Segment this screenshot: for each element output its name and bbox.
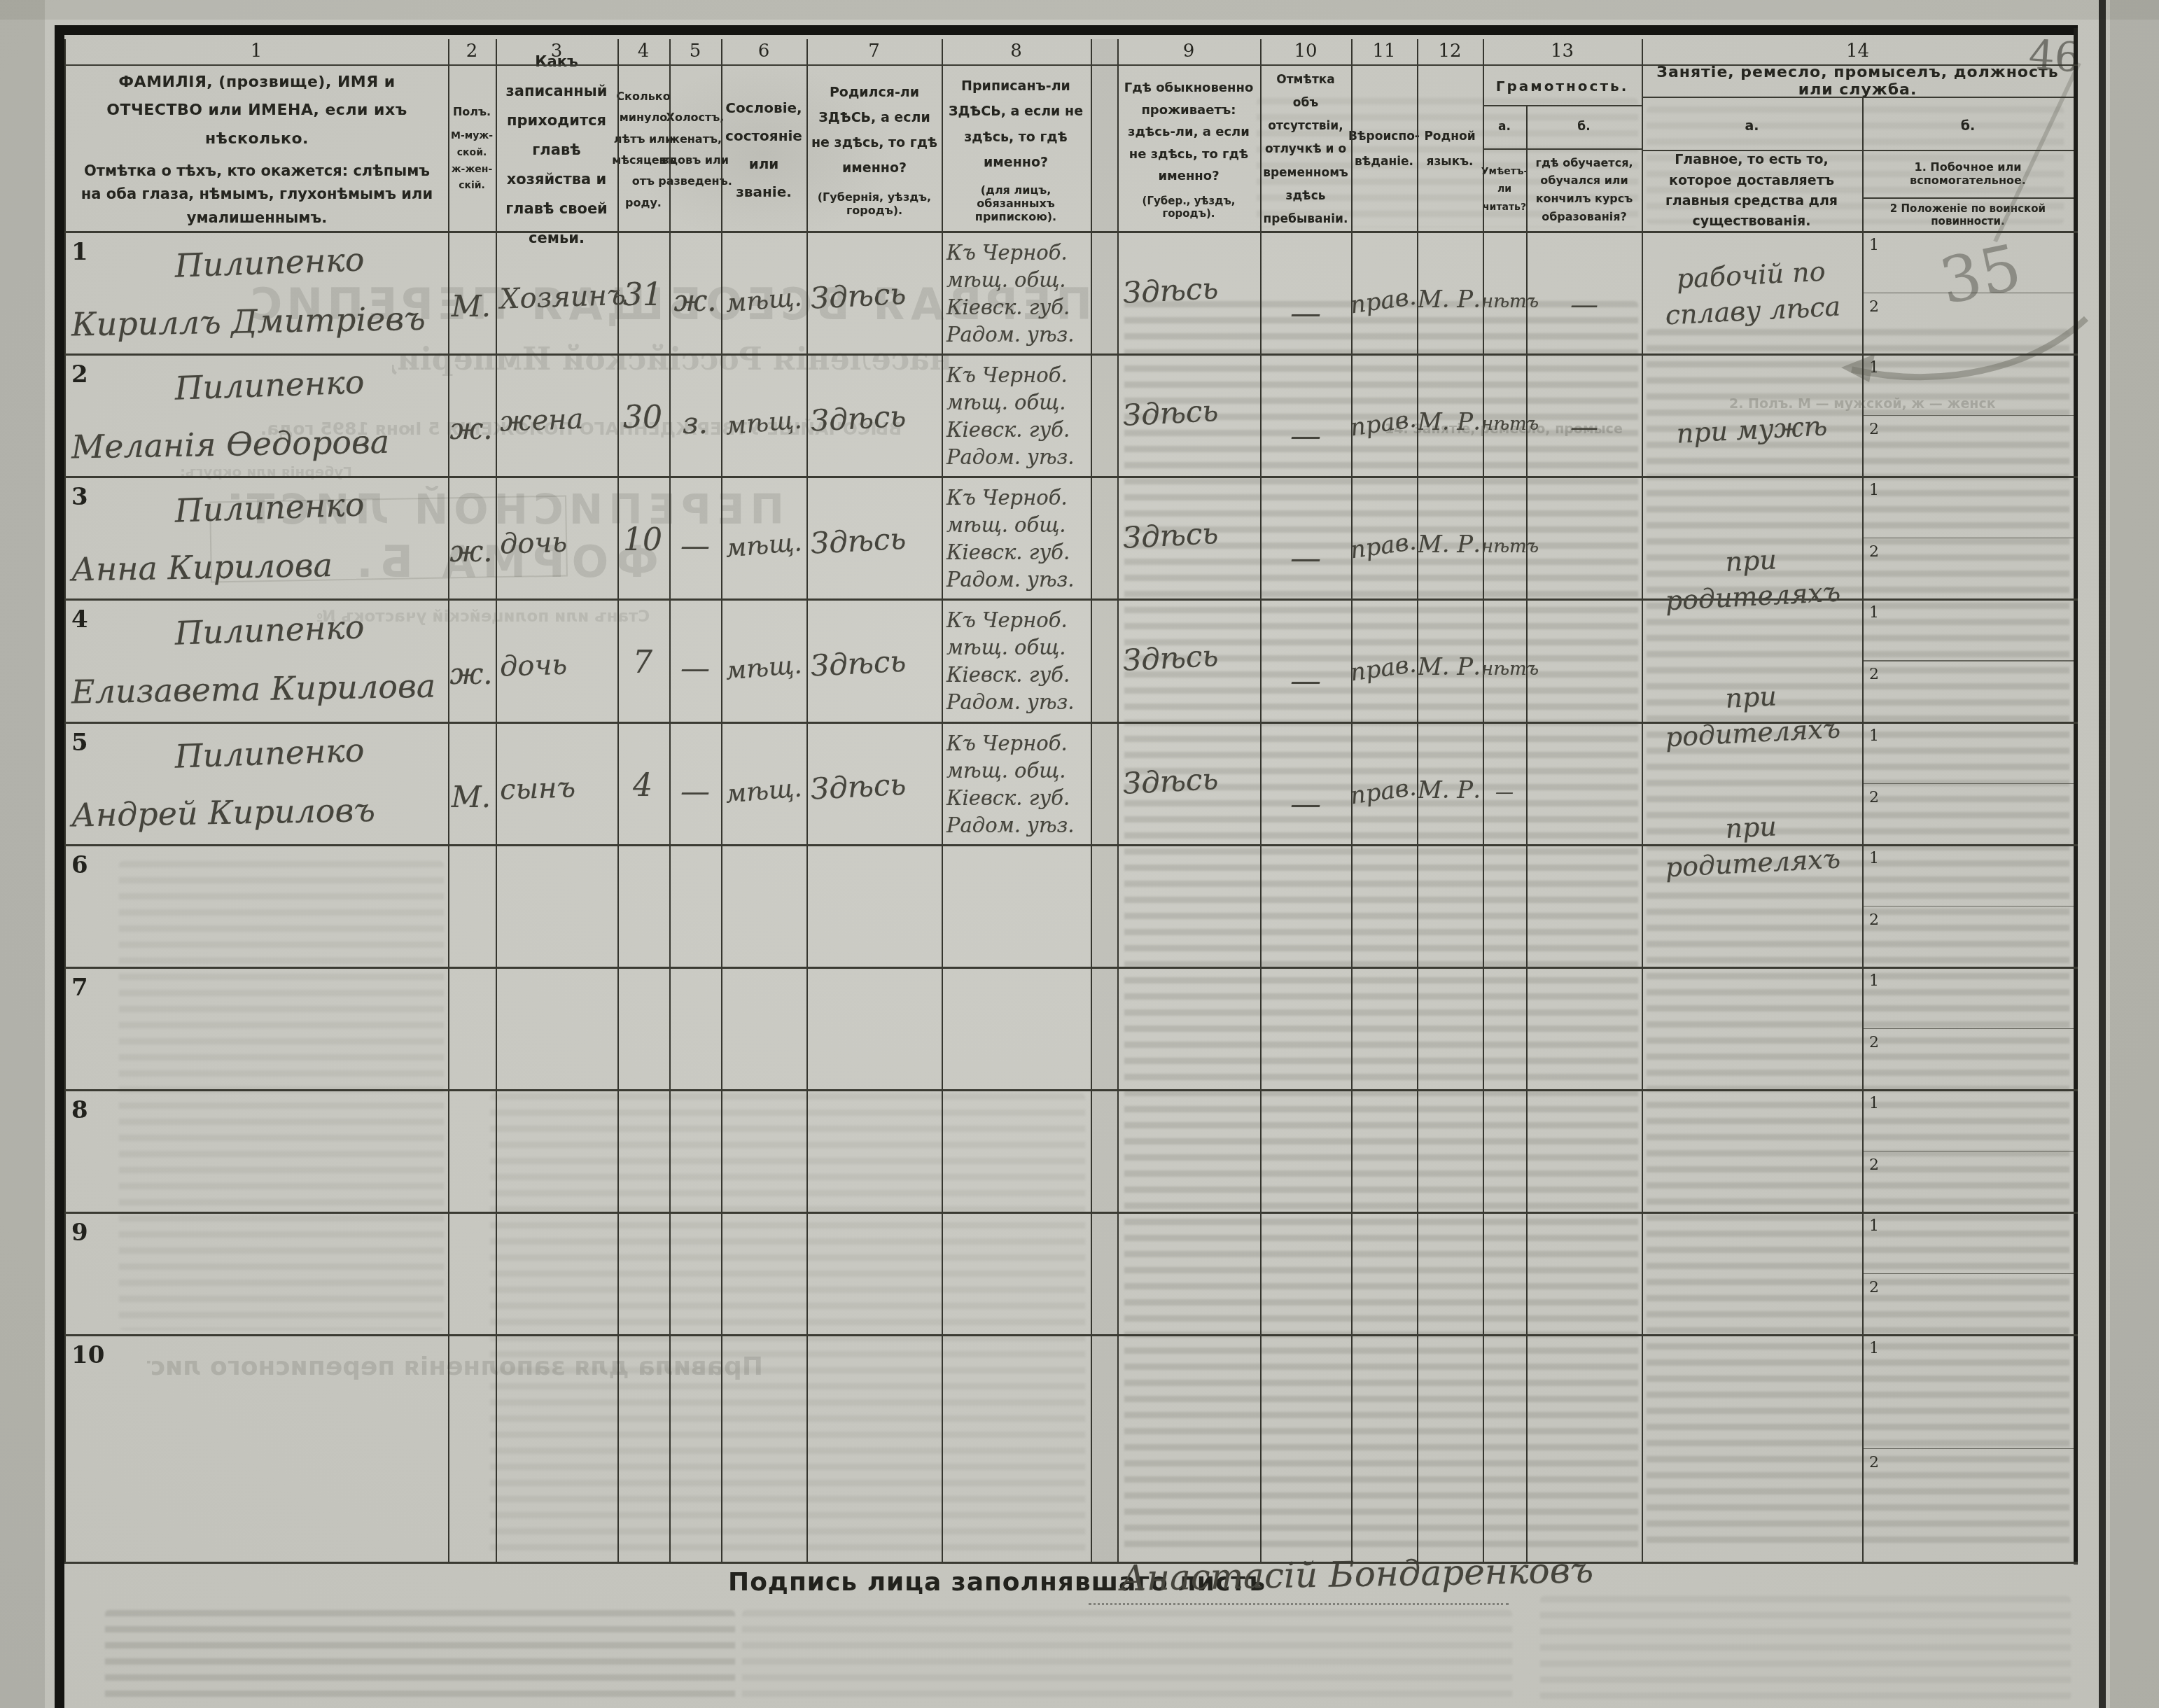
row-2-name-entry: Меланія Ѳедорова	[71, 419, 442, 468]
bleed-through-text	[1647, 329, 2069, 1553]
row-10-col14b-sub2: 2	[1869, 1454, 1879, 1471]
col14b-row-midline	[1862, 1273, 2074, 1275]
row-4-absence-entry: —	[1260, 660, 1351, 701]
header-col8-label: Приписанъ-ли ЗДѢСЬ, а если не здѣсь, то …	[946, 73, 1086, 174]
column-1-number: 1	[64, 39, 448, 63]
header-col9-note: (Губер., уѣздъ, городъ).	[1120, 195, 1257, 220]
row-5-literate-entry: —	[1481, 780, 1528, 805]
row-2-resides-entry: Здѣсь	[1122, 389, 1260, 436]
header-col3: Какъ записанный приходится главѣ хозяйст…	[498, 70, 615, 230]
row-3-registered-entry: Къ Черноб. мѣщ. общ. Кіевск. губ. Радом.…	[946, 484, 1088, 594]
header-col7-label: Родился-ли ЗДѢСЬ, а если не здѣсь, то гд…	[811, 80, 938, 181]
row-3-number: 3	[71, 483, 88, 511]
row-4-col14b-sub2: 2	[1869, 666, 1879, 683]
header-col12-label: Родной языкъ.	[1420, 125, 1480, 174]
table-grid-line	[806, 39, 808, 1562]
row-3-relation-entry: дочь	[499, 521, 615, 563]
row-1-name-entry: Кириллъ Дмитріевъ	[71, 296, 442, 346]
table-grid-line	[64, 39, 66, 1562]
header-col13a-letter-text: a.	[1498, 120, 1511, 134]
header-col2-note: М-муж- ской. ж-жен- скій.	[451, 128, 493, 195]
row-2-marital-entry: з.	[669, 404, 721, 444]
row-4-language-entry: М. Р.	[1416, 652, 1483, 684]
header-col14a: Главное, то есть то, которое доставляетъ…	[1647, 154, 1857, 228]
row-3-absence-entry: —	[1260, 538, 1351, 579]
header-col1: ФАМИЛІЯ, (прозвище), ИМЯ и ОТЧЕСТВО или …	[73, 67, 441, 231]
table-bottom-line	[64, 1562, 2078, 1564]
row-3-literate-entry: нѣтъ	[1481, 535, 1528, 559]
row-3-sex-entry: ж.	[448, 532, 494, 572]
row-3-age-entry: 10	[616, 519, 669, 561]
header-col6-label: Сословіе, состояніе или званіе.	[724, 94, 804, 206]
row-5-name-entry: Андрей Кириловъ	[71, 787, 442, 836]
row-5-sex-entry: М.	[448, 778, 494, 818]
row-4-literate-entry: нѣтъ	[1481, 657, 1528, 682]
table-grid-line	[721, 39, 722, 1562]
row-3-language-entry: М. Р.	[1416, 529, 1483, 561]
header-col5: Холостъ, женатъ, вдовъ или разведенъ.	[671, 70, 720, 230]
row-2-school-entry: —	[1528, 408, 1641, 446]
header-col2-label: Полъ.	[453, 105, 491, 118]
header-col9: Гдѣ обыкновенно проживаетъ: здѣсь-ли, а …	[1120, 67, 1257, 230]
table-grid-line	[1642, 97, 2074, 98]
row-1-number: 1	[71, 238, 88, 266]
row-3-col14b-sub1: 1	[1869, 482, 1879, 499]
row-2-born-entry: Здѣсь	[810, 395, 941, 441]
row-1-relation-entry: Хозяинъ	[499, 276, 615, 318]
header-col7: Родился-ли ЗДѢСЬ, а если не здѣсь, то гд…	[811, 67, 938, 230]
table-grid-line	[496, 39, 497, 1562]
row-3-col14b-sub2: 2	[1869, 543, 1879, 561]
header-number-underline	[64, 64, 2078, 66]
header-col13-label: Грамотность.	[1496, 78, 1629, 94]
col14b-row-midline	[1862, 906, 2074, 907]
header-col14b-letter-text: б.	[1961, 118, 1975, 134]
row-4-sex-entry: ж.	[448, 654, 494, 694]
sheet-edge-right	[2099, 0, 2106, 1708]
row-3-estate-entry: мѣщ.	[721, 526, 806, 567]
col14b-row-midline	[1862, 415, 2074, 416]
row-5-occupation-entry: при родителяхъ	[1644, 804, 1861, 887]
row-5-col14b-sub1: 1	[1869, 727, 1879, 745]
row-divider-line	[64, 1212, 2078, 1214]
row-2-language-entry: М. Р.	[1416, 407, 1483, 439]
row-4-estate-entry: мѣщ.	[721, 648, 806, 689]
header-col8: Приписанъ-ли ЗДѢСЬ, а если не здѣсь, то …	[946, 67, 1086, 230]
row-5-registered-entry: Къ Черноб. мѣщ. общ. Кіевск. губ. Радом.…	[946, 730, 1088, 840]
row-5-col14b-sub2: 2	[1869, 789, 1879, 806]
row-1-absence-entry: —	[1260, 293, 1351, 334]
col14b-row-midline	[1862, 538, 2074, 539]
row-7-col14b-sub1: 1	[1869, 972, 1879, 990]
column-5-number: 5	[669, 39, 721, 63]
photo-edge-right	[2110, 0, 2159, 1708]
col14b-row-midline	[1862, 660, 2074, 661]
row-4-born-entry: Здѣсь	[810, 640, 941, 686]
table-grid-line	[1642, 150, 2074, 151]
col14b-row-midline	[1862, 1151, 2074, 1152]
row-7-number: 7	[71, 974, 88, 1002]
row-5-resides-entry: Здѣсь	[1122, 757, 1260, 804]
row-2-age-entry: 30	[616, 397, 669, 438]
row-4-col14b-sub1: 1	[1869, 604, 1879, 622]
row-5-estate-entry: мѣщ.	[721, 771, 806, 813]
row-8-col14b-sub2: 2	[1869, 1156, 1879, 1174]
row-divider-line	[64, 1334, 2078, 1336]
row-4-occupation-entry: при родителяхъ	[1644, 674, 1861, 757]
row-5-surname-entry: Пилипенко	[104, 726, 435, 780]
row-1-marital-entry: ж.	[669, 281, 721, 321]
row-9-number: 9	[71, 1219, 88, 1247]
row-7-col14b-sub2: 2	[1869, 1034, 1879, 1051]
table-grid-line	[1483, 148, 1642, 150]
column-4-number: 4	[617, 39, 669, 63]
row-1-resides-entry: Здѣсь	[1122, 267, 1260, 314]
column-2-number: 2	[448, 39, 496, 63]
header-col14a-letter-text: a.	[1745, 118, 1759, 134]
row-1-born-entry: Здѣсь	[810, 272, 941, 318]
row-4-marital-entry: —	[669, 649, 721, 689]
header-col13b-letter: б.	[1526, 106, 1642, 147]
signature-handwritten: Анастасій Бондаренковъ	[1119, 1547, 1593, 1602]
row-6-col14b-sub2: 2	[1869, 911, 1879, 929]
column-9-number: 9	[1117, 39, 1260, 63]
row-2-literate-entry: нѣтъ	[1481, 412, 1528, 437]
header-col11-label: Вѣроиспо- вѣданіе.	[1348, 125, 1420, 174]
census-sheet-scan: ПЕРВАЯ ВСЕОБЩАЯ ПЕРЕПИСЬ населенія Россі…	[0, 0, 2159, 1708]
header-col1-note: Отмѣтка о тѣхъ, кто окажется: слѣпымъ на…	[73, 160, 441, 230]
header-col13: Грамотность.	[1483, 69, 1642, 104]
header-col10-label: Отмѣтка объ отсутствіи, отлучкѣ и о врем…	[1263, 69, 1348, 231]
row-9-col14b-sub1: 1	[1869, 1217, 1879, 1235]
row-1-sex-entry: М.	[448, 287, 494, 327]
row-6-number: 6	[71, 851, 88, 879]
row-5-marital-entry: —	[669, 772, 721, 812]
header-col8-note: (для лицъ, обязанныхъ припискою).	[946, 183, 1086, 223]
row-10-col14b-sub1: 1	[1869, 1340, 1879, 1357]
row-1-col14b-sub1: 1	[1869, 237, 1879, 254]
row-2-col14b-sub1: 1	[1869, 359, 1879, 377]
row-4-number: 4	[71, 605, 88, 633]
row-4-surname-entry: Пилипенко	[104, 603, 435, 657]
table-grid-line	[1483, 105, 1642, 106]
row-5-absence-entry: —	[1260, 783, 1351, 825]
bleed-through-text	[490, 1093, 1085, 1554]
col14b-row-midline	[1862, 1448, 2074, 1450]
header-col7-note: (Губернія, уѣздъ, городъ).	[811, 190, 938, 217]
header-col2: Полъ. М-муж- ской. ж-жен- скій.	[449, 70, 494, 230]
col14b-row-midline	[1862, 783, 2074, 785]
row-6-col14b-sub1: 1	[1869, 850, 1879, 867]
row-1-age-entry: 31	[616, 274, 669, 316]
sheet-frame-left	[55, 25, 64, 1708]
table-grid-line	[1117, 39, 1119, 1562]
row-1-occupation-entry: рабочій по сплаву лѣса	[1644, 252, 1861, 335]
row-5-number: 5	[71, 729, 88, 757]
bleed-through-text	[105, 1610, 735, 1702]
row-1-school-entry: —	[1528, 286, 1641, 323]
row-1-col14b-sub2: 2	[1869, 298, 1879, 316]
bleed-through-text	[1540, 1596, 2071, 1701]
header-col3-label: Какъ записанный приходится главѣ хозяйст…	[498, 47, 615, 253]
column-13-number: 13	[1483, 39, 1642, 63]
header-col13a-label: Умѣетъ-ли читать?	[1481, 163, 1528, 216]
row-divider-line	[64, 967, 2078, 969]
table-grid-line	[1642, 39, 1643, 1562]
header-bottom-line	[64, 231, 2078, 233]
row-4-resides-entry: Здѣсь	[1122, 634, 1260, 681]
row-8-number: 8	[71, 1096, 88, 1124]
header-col13a-letter: a.	[1483, 106, 1526, 147]
column-8-number: 8	[942, 39, 1091, 63]
row-3-occupation-entry: при родителяхъ	[1644, 538, 1861, 620]
row-4-relation-entry: дочь	[499, 644, 615, 686]
header-col1-label: ФАМИЛІЯ, (прозвище), ИМЯ и ОТЧЕСТВО или …	[73, 69, 441, 154]
header-col9-label: Гдѣ обыкновенно проживаетъ: здѣсь-ли, а …	[1120, 77, 1257, 188]
bleed-title-empire: населенія Россійской Имперіи,	[392, 342, 952, 377]
sheet-fold	[1091, 39, 1117, 1562]
header-col14a-label: Главное, то есть то, которое доставляетъ…	[1647, 150, 1857, 232]
row-2-surname-entry: Пилипенко	[104, 358, 435, 412]
row-5-age-entry: 4	[616, 765, 669, 806]
row-2-col14b-sub2: 2	[1869, 421, 1879, 438]
row-3-marital-entry: —	[669, 526, 721, 566]
row-4-registered-entry: Къ Черноб. мѣщ. общ. Кіевск. губ. Радом.…	[946, 607, 1088, 717]
row-divider-line	[64, 353, 2078, 356]
table-grid-line	[942, 39, 943, 1562]
row-1-language-entry: М. Р.	[1416, 284, 1483, 316]
column-12-number: 12	[1417, 39, 1483, 63]
row-2-registered-entry: Къ Черноб. мѣщ. общ. Кіевск. губ. Радом.…	[946, 362, 1088, 472]
row-2-relation-entry: жена	[499, 399, 615, 441]
col14b-row-midline	[1862, 293, 2074, 294]
header-col10: Отмѣтка объ отсутствіи, отлучкѣ и о врем…	[1263, 70, 1348, 230]
header-col13b-label: гдѣ обучается, обучался или кончилъ курс…	[1529, 154, 1640, 225]
col14-split-line	[1862, 97, 1864, 1562]
header-col6: Сословіе, состояніе или званіе.	[724, 70, 804, 230]
header-col12: Родной языкъ.	[1420, 70, 1480, 230]
col14b-row-midline	[1862, 1028, 2074, 1030]
row-5-relation-entry: сынъ	[499, 767, 615, 809]
photo-edge-top	[0, 0, 2159, 20]
column-6-number: 6	[721, 39, 806, 63]
photo-edge-left	[0, 0, 45, 1708]
row-1-registered-entry: Къ Черноб. мѣщ. общ. Кіевск. губ. Радом.…	[946, 239, 1088, 349]
row-2-sex-entry: ж.	[448, 409, 494, 449]
column-7-number: 7	[806, 39, 942, 63]
row-10-number: 10	[71, 1341, 104, 1369]
row-2-number: 2	[71, 360, 88, 388]
row-5-language-entry: М. Р.	[1416, 775, 1483, 807]
row-4-age-entry: 7	[616, 642, 669, 683]
row-1-literate-entry: нѣтъ	[1481, 290, 1528, 314]
bleed-through-text	[119, 861, 444, 1330]
row-3-name-entry: Анна Кирилова	[71, 541, 442, 591]
row-8-col14b-sub1: 1	[1869, 1095, 1879, 1112]
bleed-through-text	[742, 1610, 1512, 1701]
sheet-frame-top	[55, 25, 2078, 35]
row-divider-line	[64, 1089, 2078, 1091]
col14b-items-divider	[1862, 197, 2074, 199]
header-col13b: гдѣ обучается, обучался или кончилъ курс…	[1529, 150, 1640, 230]
row-3-resides-entry: Здѣсь	[1122, 512, 1260, 559]
column-11-number: 11	[1351, 39, 1417, 63]
column-10-number: 10	[1260, 39, 1351, 63]
paper-background: ПЕРВАЯ ВСЕОБЩАЯ ПЕРЕПИСЬ населенія Россі…	[0, 0, 2159, 1708]
header-col11: Вѣроиспо- вѣданіе.	[1354, 70, 1414, 230]
row-1-estate-entry: мѣщ.	[721, 281, 806, 322]
table-grid-line	[1091, 39, 1092, 1562]
bleed-through-text	[1124, 301, 1638, 1553]
row-4-name-entry: Елизавета Кирилова	[71, 664, 442, 713]
header-col13a: Умѣетъ-ли читать?	[1483, 150, 1526, 230]
header-col13b-letter-text: б.	[1577, 120, 1590, 134]
row-9-col14b-sub2: 2	[1869, 1279, 1879, 1296]
col13-split-line	[1526, 105, 1528, 1562]
header-col14a-letter: a.	[1642, 105, 1862, 147]
row-divider-line	[64, 476, 2078, 478]
row-2-absence-entry: —	[1260, 415, 1351, 456]
row-3-born-entry: Здѣсь	[810, 517, 941, 563]
row-2-estate-entry: мѣщ.	[721, 403, 806, 444]
row-5-born-entry: Здѣсь	[810, 763, 941, 809]
